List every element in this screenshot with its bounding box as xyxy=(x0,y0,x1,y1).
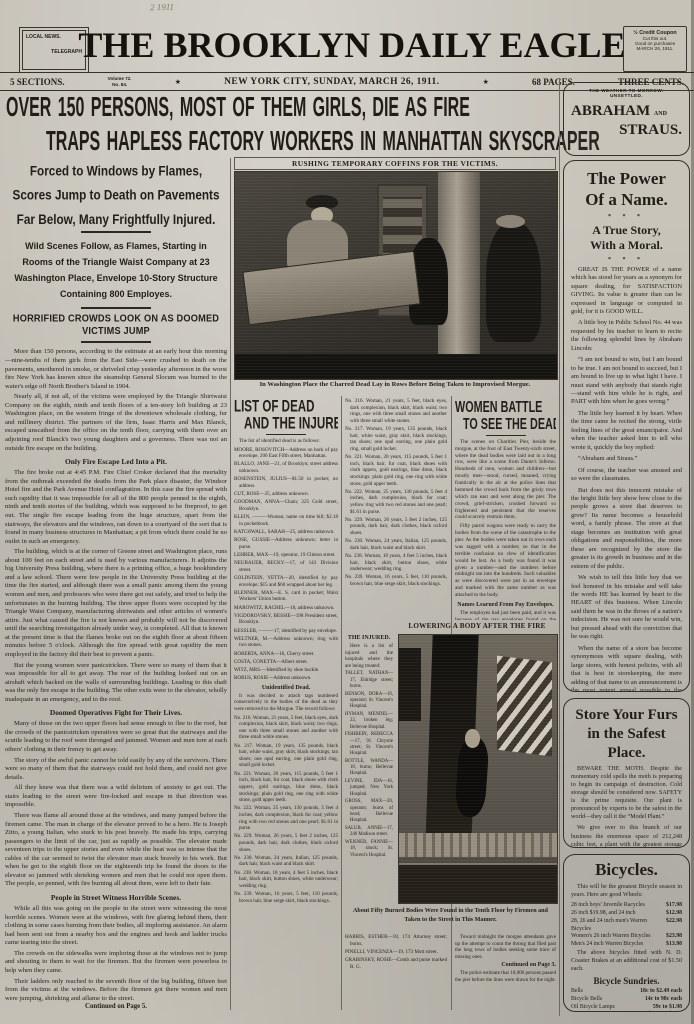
women-battle-headline-2: TO SEE THE DEAD xyxy=(463,415,537,434)
abraham-logo: ABRAHAM AND xyxy=(571,103,682,120)
subhead-doomed-operatives: Doomed Operatives Fight for Their Lives. xyxy=(5,708,227,717)
price-row: Women's 26 inch Warren Bicycles $23.98 xyxy=(571,933,682,941)
paragraph: Nearly all, if not all, of the victims w… xyxy=(5,393,227,453)
price-row: Gas Bicycle Lamps $1.19 to $5.49 xyxy=(571,1011,682,1012)
store-your-furs-ad: Store Your Furs in the Safest Place. BEW… xyxy=(563,698,690,848)
ad-body: BEWARE THE MOTH. Despite the momentary c… xyxy=(571,765,682,848)
power-of-a-name-ad: The Power Of a Name. * * * A True Story,… xyxy=(563,160,690,692)
banner-headline: OVER 150 PERSONS, MOST OF THEM GIRLS, DI… xyxy=(6,93,558,157)
body-paragraphs: While all this was going on the people i… xyxy=(5,905,227,1003)
star-icon: ★ xyxy=(175,78,181,86)
paragraph: More than 150 persons, according to the … xyxy=(5,348,227,391)
coffin-photo xyxy=(234,171,558,380)
dead-list-item: KESSLER, ———17, identified by pay envelo… xyxy=(234,628,338,635)
price-label: 26 inch $19.98, and 24 inch xyxy=(571,910,636,918)
dead-list-item: GOODMAN, ANNA—Chain; 225 Gold street, Br… xyxy=(234,499,338,512)
price-label: 28 inch boys' Juvenile Racycles xyxy=(571,902,645,910)
price-row: 26 inch $19.98, and 24 inch $12.98 xyxy=(571,910,682,918)
dead-list-item: No. 239. Woman, 16 years, 5 feet, 110 po… xyxy=(345,574,447,587)
list-heading-1: LIST OF DEAD xyxy=(234,398,317,416)
ad-intro: This will be the greatest Bicycle season… xyxy=(571,883,682,899)
abraham-straus-weather-box: THE WEATHER TO-MORROW: UNSETTLED. ABRAHA… xyxy=(563,82,690,156)
column-rule xyxy=(559,78,560,1016)
dead-list-item: ROSENSTEIN, JULIUS—$1.50 in pocket; no a… xyxy=(234,476,338,489)
photo1-caption-top: RUSHING TEMPORARY COFFINS FOR THE VICTIM… xyxy=(234,157,556,170)
price-row: Bells 18c to $2.49 each xyxy=(571,988,682,996)
paragraph: The police estimate that 10,000 persons … xyxy=(455,970,556,983)
dead-list-item: No. 217. Woman, 19 years, 135 pounds, bl… xyxy=(234,743,338,769)
women-battle-paragraphs: The scenes on Charities Pier, beside the… xyxy=(455,439,556,599)
list-of-dead-column: LIST OF DEAD AND THE INJURED The list of… xyxy=(234,398,338,1010)
price-label: Oil Bicycle Lamps xyxy=(571,1004,615,1012)
list-intro: The list of identified dead is as follow… xyxy=(234,438,338,445)
paragraph: Toward midnight the morgue attendants ga… xyxy=(455,934,556,960)
newspaper-title: THE BROOKLYN DAILY EAGLE xyxy=(76,24,628,66)
dead-list-item: No. 221. Woman, 20 years, 115 pounds, 5 … xyxy=(345,454,447,487)
paragraph: A little boy in Public School No. 44 was… xyxy=(571,319,682,353)
dead-list-item: MOORE, ROSOVITCH—Address on back of pay … xyxy=(234,447,338,460)
dead-list-item: HARRIS, ESTHER—18, 174 Attorney street; … xyxy=(345,934,447,947)
price-label: 28, 26 and 24 inch men's Warren Bicycles xyxy=(571,918,663,934)
dead-list-item: No. 238. Woman, 18 years, 4 feet 5 inche… xyxy=(234,870,338,890)
price-label: Women's 26 inch Warren Bicycles xyxy=(571,933,651,941)
price-label: Bells xyxy=(571,988,583,996)
numbered-dead-list: No. 216. Woman, 21 years, 5 feet, black … xyxy=(234,715,338,905)
dead-list-item: No. 221. Woman, 20 years, 115 pounds, 5 … xyxy=(234,771,338,804)
paragraph: While all this was going on the people i… xyxy=(5,905,227,948)
paragraph: The building, which is at the corner of … xyxy=(5,548,227,659)
price-value: $13.98 xyxy=(666,941,682,949)
body-paragraphs: More than 150 persons, according to the … xyxy=(5,348,227,453)
injured-intro: Here is a list of injured and the hospit… xyxy=(345,643,393,669)
injured-list-item: FISHBEIN, REBECCA—17, 91 Chrystie street… xyxy=(345,732,393,757)
divider xyxy=(81,307,151,309)
paragraph: “I am not bound to win, but I am bound t… xyxy=(571,356,682,407)
column-rule xyxy=(341,396,342,1010)
dead-list-item: No. 229. Woman, 26 years, 5 feet 2 inche… xyxy=(234,833,338,853)
continued-notice: Continued on Page 3. xyxy=(455,962,556,968)
paragraph: GREAT IS THE POWER of a name which has s… xyxy=(571,266,682,317)
injured-list-item: HYMAN, MENDEL—22, broken leg; Bellevue H… xyxy=(345,712,393,731)
masthead-coupon-box: ½ Credit CouponCut this out.Good on purc… xyxy=(623,26,687,72)
paragraph: But the young women were panicstricken. … xyxy=(5,662,227,705)
price-label: Men's 24 inch Warren Bicycles xyxy=(571,941,643,949)
body-paragraphs: Many of those on the two upper floors ha… xyxy=(5,720,227,889)
divider xyxy=(266,434,306,435)
dead-list-item: No. 238. Woman, 18 years, 4 feet 5 inche… xyxy=(345,553,447,573)
ad-subtitle: A True Story, With a Moral. xyxy=(571,223,682,254)
unidentified-intro: It was decided to attach tags numbered c… xyxy=(234,693,338,713)
article-bottom-column: Toward midnight the morgue attendants ga… xyxy=(455,934,556,1008)
sundries-price-list: Bells 18c to $2.49 each Bicycle Bells 14… xyxy=(571,988,682,1012)
women-battle-article: WOMEN BATTLE TO SEE THE DEAD The scenes … xyxy=(455,398,556,620)
price-label: Bicycle Bells xyxy=(571,996,602,1004)
subhead-fire-escape: Only Fire Escape Led Into a Pit. xyxy=(5,457,227,466)
dead-list-item: No. 216. Woman, 21 years, 5 feet, black … xyxy=(234,715,338,741)
price-value: 18c to $2.49 each xyxy=(640,988,682,996)
injured-list-item: SALUB, ANNIE—17, 246 Madison street. xyxy=(345,826,393,838)
list-bottom-column: HARRIS, ESTHER—18, 174 Attorney street; … xyxy=(345,934,447,1008)
headline-line-1: OVER 150 PERSONS, MOST OF THEM GIRLS, DI… xyxy=(6,91,359,123)
identified-dead-list: MOORE, ROSOVITCH—Address on back of pay … xyxy=(234,447,338,682)
dead-list-item: No. 230. Woman, 24 years, Italian, 125 p… xyxy=(345,538,447,551)
paragraph: BEWARE THE MOTH. Despite the momentary c… xyxy=(571,765,682,821)
bicycles-ad: Bicycles. This will be the greatest Bicy… xyxy=(563,854,690,1012)
price-row: 28, 26 and 24 inch men's Warren Bicycles… xyxy=(571,918,682,934)
dead-list-item: ROSE, GUSSIE—Address unknown; letter in … xyxy=(234,537,338,550)
list-heading-2: AND THE INJURED xyxy=(244,415,319,433)
dead-list-item: No. 239. Woman, 16 years, 5 feet, 110 po… xyxy=(234,891,338,904)
dead-list-item: No. 217. Woman, 19 years, 135 pounds, bl… xyxy=(345,426,447,452)
paragraph: The story of the awful panic cannot be t… xyxy=(5,757,227,783)
pencil-mark: 2 1911 xyxy=(150,2,174,13)
ad-title: Bicycles. xyxy=(571,860,682,880)
dead-list-item: CUT, ROSE—25, address unknown. xyxy=(234,491,338,498)
divider xyxy=(81,341,151,343)
price-value: $1.19 to $5.49 xyxy=(648,1011,682,1012)
dead-list-item: WITZ, MRS.—Identified by shoe buckle. xyxy=(234,667,338,674)
paragraph: All they knew was that there was a wild … xyxy=(5,784,227,810)
pay-envelope-subhead: Names Learned From Pay Envelopes. xyxy=(455,602,556,608)
telegraph-label: TELEGRAPH xyxy=(26,49,82,55)
paragraph: The employes had just been paid, and it … xyxy=(455,610,556,620)
more-dead-list: HARRIS, ESTHER—18, 174 Attorney street; … xyxy=(345,934,447,970)
newspaper-front-page: 2 1911 LOCAL NEWS. TELEGRAPH THE BROOKLY… xyxy=(0,0,694,1024)
paragraph: Many of those on the two upper floors ha… xyxy=(5,720,227,754)
photo-grain xyxy=(235,172,557,379)
paragraph: Of course, the teacher was amused and so… xyxy=(571,467,682,484)
price-row: Bicycle Bells 14c to 98c each xyxy=(571,996,682,1004)
injured-subhead: THE INJURED. xyxy=(345,635,393,641)
bicycle-price-list: 28 inch boys' Juvenile Racycles $17.98 2… xyxy=(571,902,682,949)
paragraph: We wish to tell this little boy that we … xyxy=(571,574,682,642)
price-value: $23.98 xyxy=(666,933,682,941)
injured-list: TALLET, NATHAN—17, Eldridge street; burn… xyxy=(345,671,393,858)
dead-list-item: No. 229. Woman, 26 years, 5 feet 2 inche… xyxy=(345,517,447,537)
paragraph: The scenes on Charities Pier, beside the… xyxy=(455,439,556,522)
dead-list-item: NEUBAUER, BECKY—17, of 143 Division stre… xyxy=(234,560,338,573)
price-value: $22.98 xyxy=(666,918,682,934)
lead-article: Forced to Windows by Flames, Scores Jump… xyxy=(5,160,227,1010)
deck-headline-3: HORRIFIED CROWDS LOOK ON AS DOOMED VICTI… xyxy=(9,313,222,337)
ad-title: Store Your Furs in the Safest Place. xyxy=(571,706,682,762)
price-value: 14c to 98c each xyxy=(645,996,682,1004)
price-value: $12.98 xyxy=(666,910,682,918)
dead-list-item: KLEIN, ———Woman; name on time bill; $2.1… xyxy=(234,514,338,527)
paragraph: The fire broke out at 4:45 P.M. Fire Chi… xyxy=(5,469,227,546)
subhead-street-scenes: People in Street Witness Horrible Scenes… xyxy=(5,893,227,902)
unidentified-subhead: Unidentified Dead. xyxy=(234,685,338,691)
injured-list-item: TALLET, NATHAN—17, Eldridge street; burn… xyxy=(345,671,393,690)
ad-note: The above bicycles fitted with N. D. Coa… xyxy=(571,949,682,973)
star-icon: ★ xyxy=(483,78,489,86)
dead-list-item: BLALLO, JANE—21, of Brooklyn; street add… xyxy=(234,461,338,474)
deck-headline-1: Forced to Windows by Flames, Scores Jump… xyxy=(12,160,221,232)
dead-list-item: LEHRER, MAX—19, operator, 19 Clinton str… xyxy=(234,552,338,559)
ad-title: The Power Of a Name. xyxy=(571,168,682,211)
women-battle-paragraphs-2: The employes had just been paid, and it … xyxy=(455,610,556,620)
sections-label: 5 SECTIONS. xyxy=(10,77,65,87)
injured-list-item: BENSON, DORA—19, operator; St. Vincent's… xyxy=(345,692,393,711)
photo2-caption-bottom: About Fifty Burned Bodies Were Found in … xyxy=(345,907,556,924)
dead-list-item: GRABINSKY, ROSIE—Comb and purse marked R… xyxy=(345,957,447,970)
divider xyxy=(486,435,526,436)
ornament-asterisks: * * * xyxy=(571,214,682,220)
dead-list-item: ROBERTA, ANNA—16, Cherry street. xyxy=(234,651,338,658)
paragraph: But does not this innocent mistake of th… xyxy=(571,487,682,572)
price-label: Gas Bicycle Lamps xyxy=(571,1011,616,1012)
body-paragraphs: The fire broke out at 4:45 P.M. Fire Chi… xyxy=(5,469,227,704)
dead-list-item: PINELLI, VINCENZA—19, 173 Mott street. xyxy=(345,949,447,956)
dead-list-item: GOLDSTEIN, YETTA—20, identified by pay e… xyxy=(234,575,338,588)
straus-logo: STRAUS. xyxy=(571,122,682,139)
paragraph: There was flame all around those at the … xyxy=(5,812,227,889)
ad-body: GREAT IS THE POWER of a name which has s… xyxy=(571,266,682,692)
dead-list-item: No. 222. Woman, 25 years, 130 pounds, 5 … xyxy=(345,489,447,515)
price-value: $17.98 xyxy=(666,902,682,910)
volume-label: Volume 72. No. 84. xyxy=(108,76,132,87)
injured-list-item: GROSS, MAX—20, operator; burns of head; … xyxy=(345,799,393,824)
paragraph: Fifty patrol wagons were ready to carry … xyxy=(455,523,556,599)
column-rule xyxy=(230,158,231,1010)
dead-list-item: No. 222. Woman, 25 years, 130 pounds, 5 … xyxy=(234,805,338,831)
photo2-caption-top: LOWERING A BODY AFTER THE FIRE xyxy=(398,622,556,630)
injured-list-item: LEVINE, IDA—16, jumped; New York Hospita… xyxy=(345,779,393,798)
headline-line-2: TRAPS HAPLESS FACTORY WORKERS IN MANHATT… xyxy=(46,125,374,157)
photo1-caption-bottom: In Washington Place the Charred Dead Lay… xyxy=(234,381,556,388)
dead-list-item: BLENNER, MAX—E. S. card in pocket; Waist… xyxy=(234,590,338,603)
price-row: 28 inch boys' Juvenile Racycles $17.98 xyxy=(571,902,682,910)
dead-list-item: KATCHWALL, SARAH—25, address unknown. xyxy=(234,529,338,536)
paragraph: The little boy learned it by heart. When… xyxy=(571,410,682,452)
injured-list-column: THE INJURED. Here is a list of injured a… xyxy=(345,632,393,900)
paragraph: The crowds on the sidewalks were implori… xyxy=(5,950,227,976)
paragraph: When the name of a store has become syno… xyxy=(571,645,682,692)
coupon-line: MARCH 26, 1911. xyxy=(626,46,684,51)
dead-list-item: ROBUS, ROSIE—Address unknown. xyxy=(234,675,338,682)
ornament-asterisks: * * * xyxy=(571,257,682,263)
injured-list-item: BOTTLE, WANDA—18, burns; Bellevue Hospit… xyxy=(345,759,393,778)
price-row: Men's 24 inch Warren Bicycles $13.98 xyxy=(571,941,682,949)
numbered-dead-list: No. 216. Woman, 21 years, 5 feet, black … xyxy=(345,398,447,588)
dead-list-item: WELTNER, M.—Address unknown; ring with t… xyxy=(234,636,338,649)
dead-list-item: No. 230. Woman, 24 years, Italian, 125 p… xyxy=(234,855,338,868)
weather-line-2: UNSETTLED. xyxy=(571,93,682,98)
paragraph: Their ladders only reached to the sevent… xyxy=(5,978,227,1004)
lowering-body-photo xyxy=(398,634,558,904)
paragraph: We give over to this branch of our busin… xyxy=(571,824,682,848)
dead-list-item: MAROWITZ, RACHEL—18, address unknown. xyxy=(234,605,338,612)
local-news-label: LOCAL NEWS. xyxy=(26,34,82,40)
dead-list-item: COSTA, CONETTA—Albert street. xyxy=(234,659,338,666)
continued-notice: Continued on Page 5. xyxy=(5,1003,227,1010)
dead-list-item: VIGDOROVSKY, BESSIE—198 President street… xyxy=(234,613,338,626)
dead-list-item: No. 216. Woman, 21 years, 5 feet, black … xyxy=(345,398,447,424)
deck-headline-2: Wild Scenes Follow, as Flames, Starting … xyxy=(13,238,219,303)
city-date-label: NEW YORK CITY, SUNDAY, MARCH 26, 1911. xyxy=(224,77,439,87)
paragraph: “Abraham and Straus.” xyxy=(571,455,682,463)
list-continuation-column: No. 216. Woman, 21 years, 5 feet, black … xyxy=(345,398,447,626)
sundries-title: Bicycle Sundries. xyxy=(571,976,682,986)
photo-grain xyxy=(399,635,557,903)
injured-list-item: WEISNER, FANNIE—18, shock; St. Vincent's… xyxy=(345,840,393,859)
